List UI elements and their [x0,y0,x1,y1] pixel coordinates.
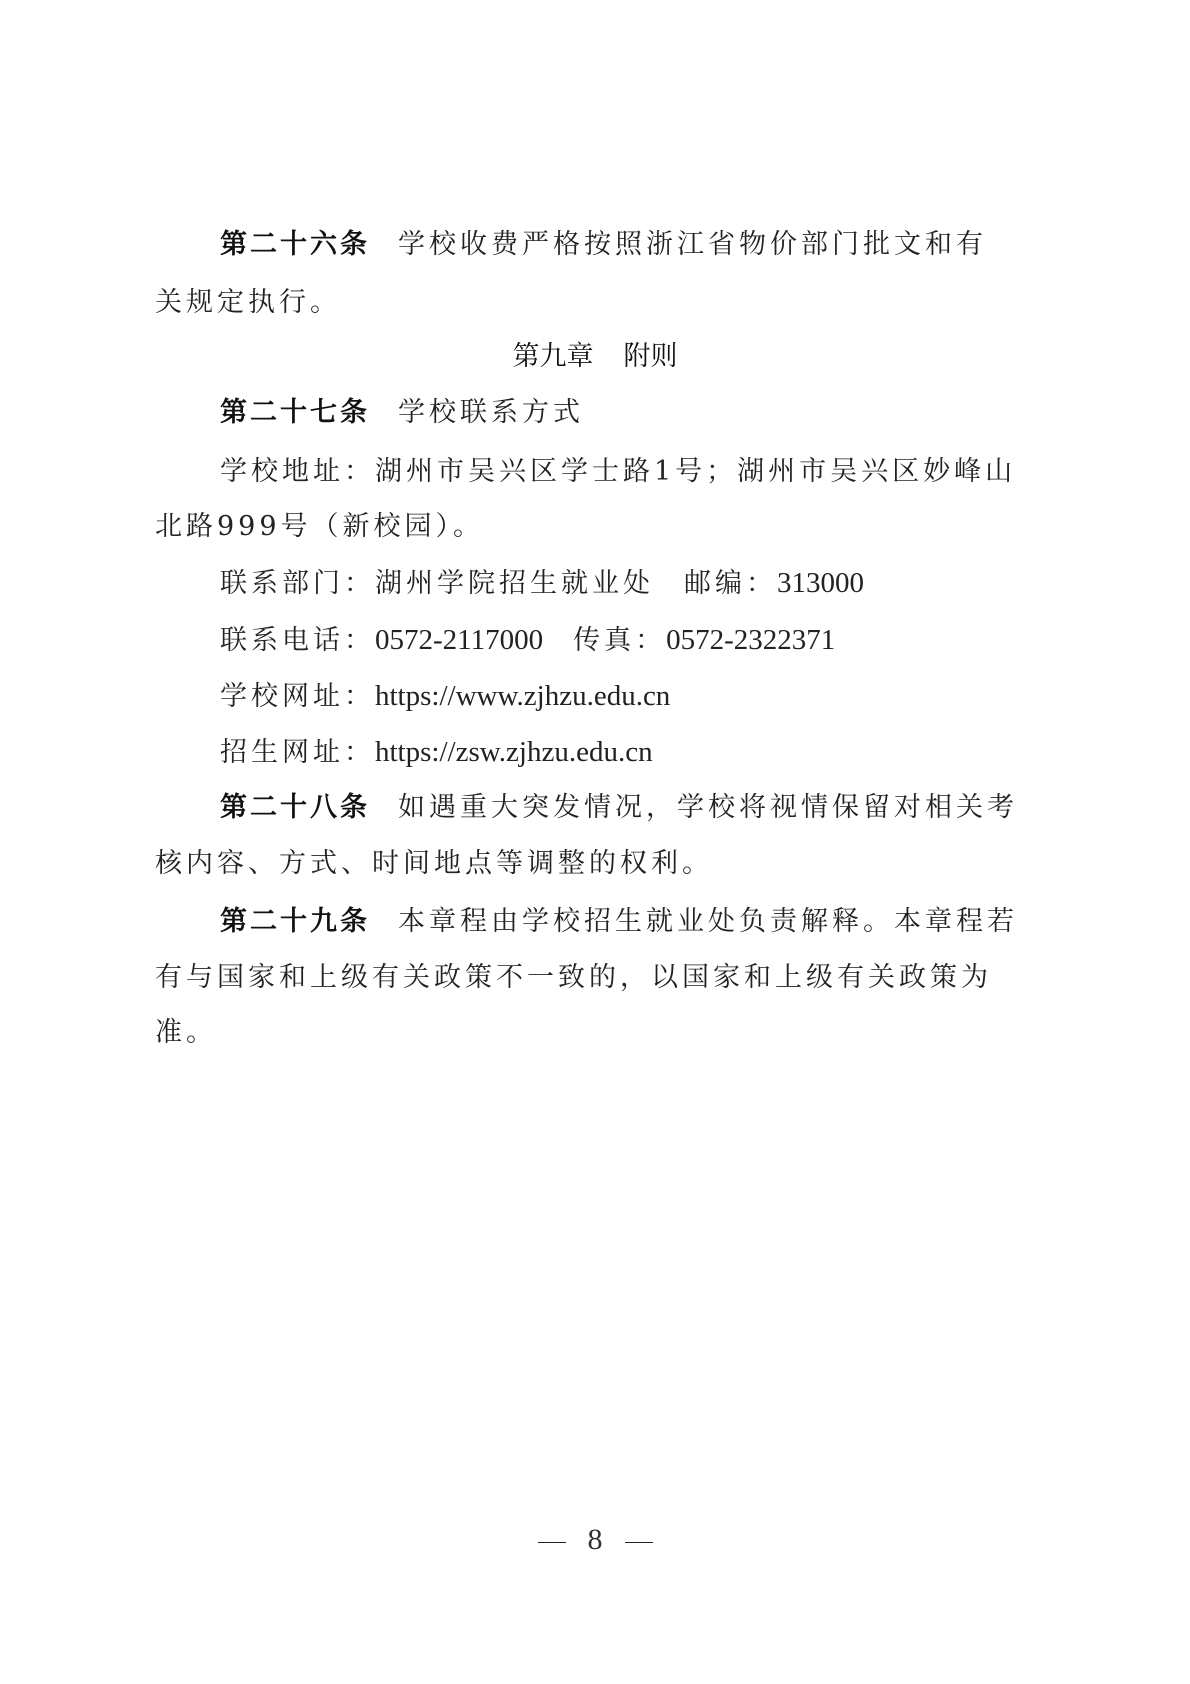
website-link[interactable]: https://www.zjhzu.edu.cn [375,680,670,712]
website-label: 学校网址： [220,681,375,712]
article-26-line-2: 关规定执行。 [155,283,1043,323]
phone-label: 联系电话： [220,625,375,656]
address-value: 湖州市吴兴区学士路1号；湖州市吴兴区妙峰山 [375,456,1016,487]
chapter-title: 附则 [624,341,678,372]
fax-value: 0572-2322371 [666,624,835,656]
contact-dept-line: 联系部门：湖州学院招生就业处邮编：313000 [220,563,1043,603]
article-29-line-2: 有与国家和上级有关政策不一致的，以国家和上级有关政策为 [155,958,1043,998]
dash-left-icon [538,1542,566,1543]
address-line-2: 北路999号（新校园）。 [155,507,1043,547]
dept-label: 联系部门： [220,568,375,599]
article-text: 如遇重大突发情况，学校将视情保留对相关考 [398,792,1018,823]
admission-site-line: 招生网址：https://zsw.zjhzu.edu.cn [220,732,1043,772]
address-value-cont: 北路999号（新校园）。 [155,511,484,542]
article-27-line-1: 第二十七条学校联系方式 [220,393,1043,433]
article-text: 学校收费严格按照浙江省物价部门批文和有 [398,229,987,260]
website-line: 学校网址：https://www.zjhzu.edu.cn [220,676,1043,716]
chapter-number: 第九章 [513,341,594,372]
address-label: 学校地址： [220,456,375,487]
article-28-line-2: 核内容、方式、时间地点等调整的权利。 [155,844,1043,884]
article-title: 学校联系方式 [398,397,584,428]
admission-site-link[interactable]: https://zsw.zjhzu.edu.cn [375,736,653,768]
article-text: 关规定执行。 [155,287,341,318]
admission-site-label: 招生网址： [220,737,375,768]
postcode-label: 邮编： [684,568,777,599]
article-26-line-1: 第二十六条学校收费严格按照浙江省物价部门批文和有 [220,225,1043,265]
article-text: 准。 [155,1017,217,1048]
article-label: 第二十八条 [220,792,370,823]
phone-value: 0572-2117000 [375,624,543,656]
article-text: 核内容、方式、时间地点等调整的权利。 [155,848,713,879]
article-text: 本章程由学校招生就业处负责解释。本章程若 [398,906,1018,937]
page-number-value: 8 [588,1523,603,1556]
address-line-1: 学校地址：湖州市吴兴区学士路1号；湖州市吴兴区妙峰山 [220,452,1043,492]
article-29-line-1: 第二十九条本章程由学校招生就业处负责解释。本章程若 [220,902,1043,942]
article-label: 第二十七条 [220,397,370,428]
fax-label: 传真： [573,625,666,656]
article-label: 第二十九条 [220,906,370,937]
postcode-value: 313000 [777,567,864,599]
document-page: 第二十六条学校收费严格按照浙江省物价部门批文和有 关规定执行。 第九章附则 第二… [0,0,1190,1684]
article-29-line-3: 准。 [155,1013,1043,1053]
dash-right-icon [625,1542,653,1543]
dept-value: 湖州学院招生就业处 [375,568,654,599]
page-number: 8 [0,1520,1190,1560]
article-text: 有与国家和上级有关政策不一致的，以国家和上级有关政策为 [155,962,992,993]
contact-phone-line: 联系电话：0572-2117000传真：0572-2322371 [220,620,1043,660]
article-28-line-1: 第二十八条如遇重大突发情况，学校将视情保留对相关考 [220,788,1043,828]
chapter-heading: 第九章附则 [0,337,1190,377]
article-label: 第二十六条 [220,229,370,260]
